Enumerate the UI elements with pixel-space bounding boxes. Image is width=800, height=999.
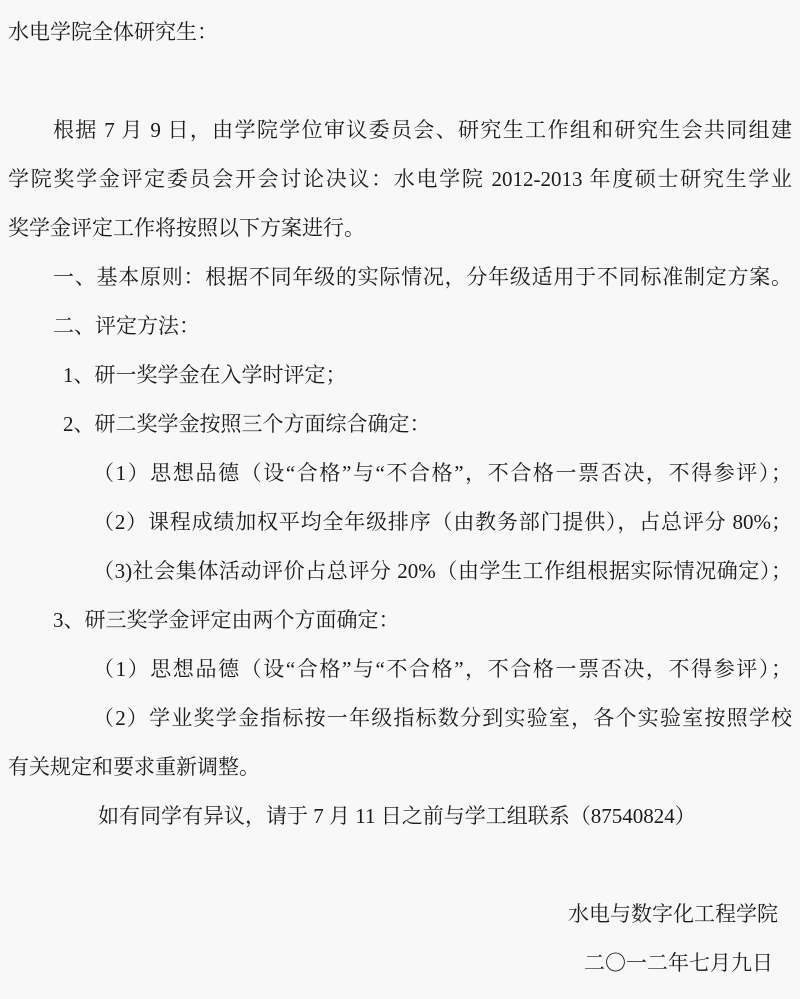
blank-line — [8, 841, 792, 890]
item-1-year1: 1、研一奖学金在入学时评定； — [8, 351, 792, 400]
intro-line-2: 学院奖学金评定委员会开会讨论决议：水电学院 2012-2013 年度硕士研究生学… — [8, 155, 792, 204]
intro-line-1: 根据 7 月 9 日，由学院学位审议委员会、研究生工作组和研究生会共同组建 — [8, 106, 792, 155]
document-page: { "page": { "background_color": "#f7f8f7… — [0, 0, 800, 999]
item-3-year3: 3、研三奖学金评定由两个方面确定： — [8, 596, 792, 645]
item-3-sub-2-line-1: （2）学业奖学金指标按一年级指标数分到实验室，各个实验室按照学校 — [8, 694, 792, 743]
item-2-sub-2: （2）课程成绩加权平均全年级排序（由教务部门提供），占总评分 80%； — [8, 498, 792, 547]
blank-line — [8, 57, 792, 106]
item-3-sub-1: （1）思想品德（设“合格”与“不合格”，不合格一票否决，不得参评）； — [8, 645, 792, 694]
section-2-method: 二、评定方法： — [8, 302, 792, 351]
signature-date: 二〇一二年七月九日 — [8, 939, 792, 988]
document-body: 水电学院全体研究生：根据 7 月 9 日，由学院学位审议委员会、研究生工作组和研… — [0, 0, 800, 999]
contact-note: 如有同学有异议，请于 7 月 11 日之前与学工组联系（87540824） — [8, 792, 792, 841]
item-3-sub-2-line-2: 有关规定和要求重新调整。 — [8, 743, 792, 792]
intro-line-3: 奖学金评定工作将按照以下方案进行。 — [8, 204, 792, 253]
section-1-principle: 一、基本原则：根据不同年级的实际情况，分年级适用于不同标准制定方案。 — [8, 253, 792, 302]
signature-org: 水电与数字化工程学院 — [8, 890, 792, 939]
item-2-sub-3: （3)社会集体活动评价占总评分 20%（由学生工作组根据实际情况确定）； — [8, 547, 792, 596]
salutation: 水电学院全体研究生： — [8, 8, 792, 57]
item-2-year2: 2、研二奖学金按照三个方面综合确定： — [8, 400, 792, 449]
item-2-sub-1: （1）思想品德（设“合格”与“不合格”，不合格一票否决，不得参评）； — [8, 449, 792, 498]
